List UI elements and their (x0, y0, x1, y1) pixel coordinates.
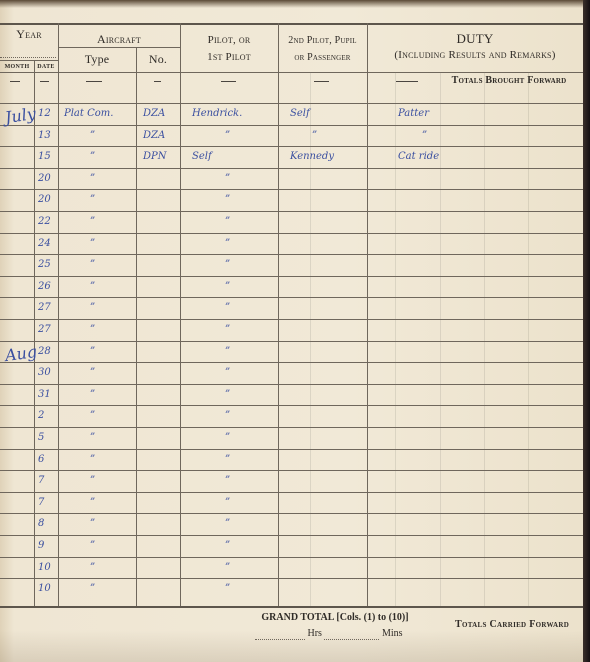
date-dash (40, 81, 49, 82)
row-rule (0, 513, 583, 514)
date-cell: 27 (38, 323, 51, 337)
duty-sub-label: (Including Results and Remarks) (367, 48, 583, 63)
date-cell: 10 (38, 561, 51, 575)
col-divider-month (34, 60, 35, 606)
date-label: DATE (34, 63, 58, 71)
row-rule (0, 103, 583, 104)
aircraft-type-cell: ” (90, 172, 95, 186)
row-rule (0, 470, 583, 471)
row-rule (0, 319, 583, 320)
aircraft-type-cell: ” (90, 129, 95, 143)
month-cell: Aug (4, 345, 38, 363)
aircraft-type-cell: ” (90, 388, 95, 402)
date-cell: 24 (38, 237, 51, 251)
row-rule (0, 427, 583, 428)
month-dash (10, 81, 20, 82)
no-label: No. (136, 52, 180, 67)
second-pilot-label-line1: 2nd Pilot, Pupil (278, 33, 367, 48)
second-pilot-cell: Kennedy (290, 150, 334, 164)
pilot-cell: Self (192, 150, 212, 164)
aircraft-type-cell: ” (90, 453, 95, 467)
aircraft-type-cell: ” (90, 496, 95, 510)
date-cell: 28 (38, 345, 51, 359)
year-dotted-line (0, 57, 56, 58)
table-bottom-border (0, 606, 583, 608)
faint-guide (484, 72, 485, 606)
type-label: Type (58, 52, 136, 67)
faint-guide (395, 72, 396, 606)
date-cell: 26 (38, 280, 51, 294)
row-rule (0, 297, 583, 298)
table-top-border (0, 23, 583, 25)
aircraft-type-cell: ” (90, 582, 95, 596)
pilot-cell: ” (225, 129, 230, 143)
date-cell: 7 (38, 474, 44, 488)
totals-carried-forward: Totals Carried Forward (455, 619, 585, 631)
aircraft-type-cell: ” (90, 517, 95, 531)
pilot-cell: ” (225, 561, 230, 575)
aircraft-type-cell: ” (90, 215, 95, 229)
row-rule (0, 341, 583, 342)
duty-label: DUTY (367, 31, 583, 46)
date-cell: 2 (38, 409, 44, 423)
pilot-cell: ” (225, 409, 230, 423)
date-cell: 22 (38, 215, 51, 229)
month-label: MONTH (0, 63, 34, 71)
pilot-cell: ” (225, 582, 230, 596)
date-cell: 15 (38, 150, 51, 164)
aircraft-no-cell: DPN (143, 150, 167, 164)
pilot-cell: ” (225, 496, 230, 510)
type-dash (86, 81, 102, 82)
pilot-cell: ” (225, 345, 230, 359)
aircraft-no-cell: DZA (143, 107, 165, 121)
aircraft-type-cell: ” (90, 431, 95, 445)
row-rule (0, 578, 583, 579)
aircraft-type-cell: ” (90, 301, 95, 315)
grand-total-fields: Hrs Mins (255, 628, 420, 640)
duty-cell: Patter (398, 107, 429, 121)
date-cell: 9 (38, 539, 44, 553)
pilot-cell: ” (225, 453, 230, 467)
grand-total-label: GRAND TOTAL [Cols. (1) to (10)] (255, 612, 415, 624)
hours-label: Hrs (308, 628, 322, 639)
date-cell: 20 (38, 172, 51, 186)
year-divider (0, 60, 58, 61)
pilot-cell: ” (225, 258, 230, 272)
date-cell: 13 (38, 129, 51, 143)
row-rule (0, 535, 583, 536)
aircraft-type-cell: ” (90, 258, 95, 272)
book-binding (583, 0, 590, 662)
year-label: Year (0, 27, 58, 42)
aircraft-type-cell: ” (90, 474, 95, 488)
col-divider-no (180, 23, 181, 606)
duty-dash (396, 81, 418, 82)
pilot-cell: ” (225, 193, 230, 207)
month-cell: July (4, 107, 37, 125)
pilot-cell: ” (225, 172, 230, 186)
date-cell: 30 (38, 366, 51, 380)
pilot-cell: ” (225, 539, 230, 553)
date-cell: 20 (38, 193, 51, 207)
pilot-dash (221, 81, 236, 82)
header-bottom-border (0, 72, 583, 73)
row-rule (0, 211, 583, 212)
date-cell: 10 (38, 582, 51, 596)
hours-field[interactable] (255, 638, 305, 640)
minutes-label: Mins (382, 628, 403, 639)
row-rule (0, 557, 583, 558)
date-cell: 6 (38, 453, 44, 467)
row-rule (0, 168, 583, 169)
totals-brought-forward: Totals Brought Forward (435, 73, 583, 88)
pilot-cell: ” (225, 215, 230, 229)
pilot-cell: ” (225, 517, 230, 531)
logbook-page (0, 0, 583, 662)
col-divider-second-pilot (367, 23, 368, 606)
date-cell: 8 (38, 517, 44, 531)
second-pilot-cell: Self (290, 107, 310, 121)
pilot-cell: ” (225, 301, 230, 315)
aircraft-type-cell: ” (90, 409, 95, 423)
col-divider-type (136, 47, 137, 606)
minutes-field[interactable] (324, 638, 379, 640)
date-cell: 5 (38, 431, 44, 445)
pilot-cell: Hendrick. (192, 107, 242, 121)
row-rule (0, 146, 583, 147)
row-rule (0, 276, 583, 277)
row-rule (0, 384, 583, 385)
aircraft-type-cell: ” (90, 280, 95, 294)
date-cell: 27 (38, 301, 51, 315)
pilot-cell: ” (225, 431, 230, 445)
pilot-cell: ” (225, 323, 230, 337)
aircraft-type-cell: ” (90, 366, 95, 380)
pilot-label-line2: 1st Pilot (180, 50, 278, 65)
row-rule (0, 492, 583, 493)
row-rule (0, 362, 583, 363)
row-rule (0, 189, 583, 190)
pilot-cell: ” (225, 237, 230, 251)
aircraft-type-cell: ” (90, 237, 95, 251)
aircraft-type-cell: Plat Com. (64, 107, 113, 121)
row-rule (0, 405, 583, 406)
col-divider-date (58, 23, 59, 606)
pilot-cell: ” (225, 388, 230, 402)
col-divider-pilot (278, 23, 279, 606)
aircraft-type-cell: ” (90, 193, 95, 207)
no-dash (154, 81, 161, 82)
aircraft-label: Aircraft (58, 32, 180, 47)
row-rule (0, 233, 583, 234)
duty-cell: Cat ride (398, 150, 439, 164)
aircraft-divider (58, 47, 180, 48)
aircraft-type-cell: ” (90, 345, 95, 359)
second-pilot-label-line2: or Passenger (278, 50, 367, 65)
row-rule (0, 449, 583, 450)
pilot-cell: ” (225, 366, 230, 380)
duty-cell: ” (422, 129, 427, 143)
row-rule (0, 254, 583, 255)
aircraft-type-cell: ” (90, 539, 95, 553)
aircraft-type-cell: ” (90, 150, 95, 164)
pilot-label-line1: Pilot, or (180, 33, 278, 48)
date-cell: 12 (38, 107, 51, 121)
aircraft-type-cell: ” (90, 561, 95, 575)
page-top-edge (0, 0, 590, 8)
date-cell: 7 (38, 496, 44, 510)
row-rule (0, 125, 583, 126)
date-cell: 31 (38, 388, 51, 402)
pilot-cell: ” (225, 280, 230, 294)
faint-guide (440, 72, 441, 606)
second-pilot-cell: ” (312, 129, 317, 143)
second-pilot-dash (314, 81, 329, 82)
faint-guide (528, 72, 529, 606)
aircraft-type-cell: ” (90, 323, 95, 337)
aircraft-no-cell: DZA (143, 129, 165, 143)
pilot-cell: ” (225, 474, 230, 488)
date-cell: 25 (38, 258, 51, 272)
